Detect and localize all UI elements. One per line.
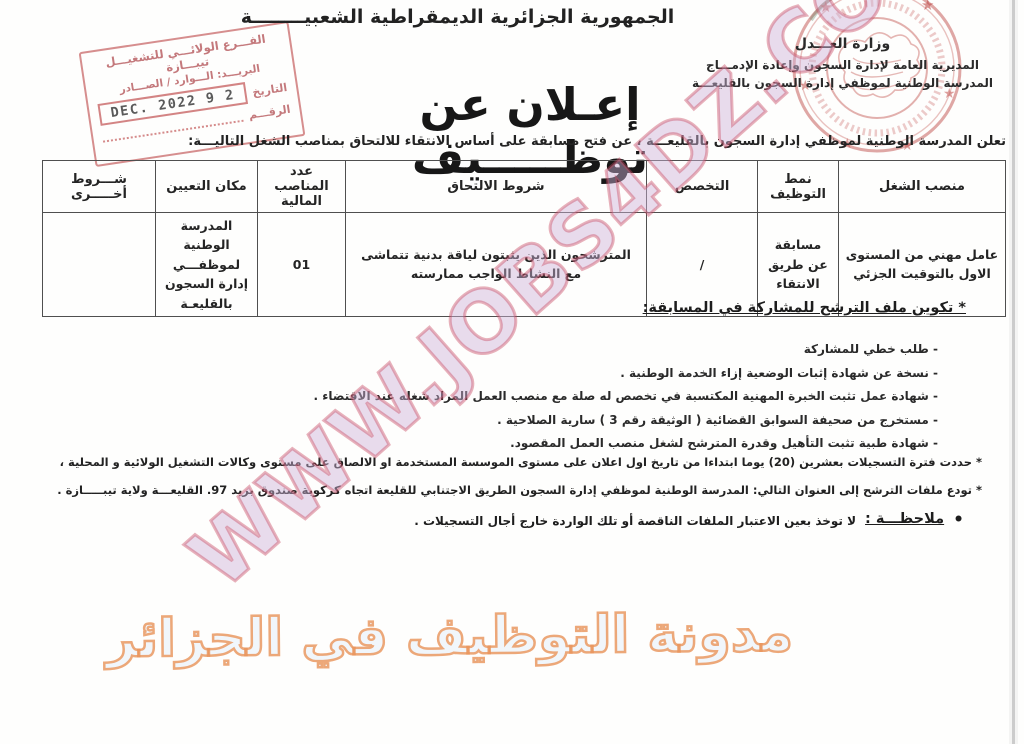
registration-period-note: * حددت فترة التسجيلات بعشرين (20) يوما ا…: [20, 455, 982, 469]
note-label: ملاحظـــة :: [865, 511, 944, 527]
file-section-heading: * تكوين ملف الترشح للمشاركة في المسابقة:: [643, 300, 966, 316]
bullet-icon: •: [953, 511, 964, 529]
header-other-conditions: شـــروط أخـــــرى: [43, 161, 156, 213]
svg-text:★: ★: [921, 0, 934, 14]
header-admission-conditions: شروط الالتحاق: [346, 161, 647, 213]
header-recruitment-mode: نمط التوظيف: [758, 161, 839, 213]
list-item: - شهادة طبية تثبت التأهيل وقدرة المترشح …: [30, 432, 938, 456]
header-job-position: منصب الشغل: [839, 161, 1006, 213]
intro-text: تعلن المدرسة الوطنية لموظفي إدارة السجون…: [20, 134, 1006, 149]
republic-title: الجمهورية الجزائرية الديمقراطية الشعبيــ…: [205, 6, 710, 28]
deposit-address-note: * تودع ملفات الترشح إلى العنوان التالي: …: [20, 483, 982, 497]
stamp-number-label: الرقـــم: [248, 103, 291, 122]
list-item: - مستخرج من صحيفة السوابق القضائية ( الو…: [30, 409, 938, 433]
list-item: - نسخة عن شهادة إثبات الوضعية إزاء الخدم…: [30, 362, 938, 386]
stamp-date-label: التاريخ: [251, 80, 287, 98]
final-note: • ملاحظـــة : لا توخذ بعين الاعتبار المل…: [414, 511, 964, 529]
file-items-list: - طلب خطي للمشاركة - نسخة عن شهادة إثبات…: [30, 338, 938, 456]
cell-admission-conditions: المترشحون الذين يثبتون لياقة بدنية تتماش…: [346, 213, 647, 317]
list-item: - طلب خطي للمشاركة: [30, 338, 938, 362]
directorate-name: المديرية العامة لإدارة السجون وإعادة الإ…: [675, 56, 1010, 75]
header-number-of-positions: عدد المناصب المالية: [258, 161, 346, 213]
ministry-name: وزارة العـــدل: [675, 34, 1010, 56]
cell-other-conditions: [43, 213, 156, 317]
table-header-row: منصب الشغل نمط التوظيف التخصص شروط الالت…: [43, 161, 1006, 213]
scanned-job-announcement-document: الجمهورية الجزائرية الديمقراطية الشعبيــ…: [0, 0, 1024, 744]
school-name: المدرسة الوطنية لموظفي إدارة السجون بالق…: [675, 74, 1010, 93]
header-appointment-place: مكان التعيين: [156, 161, 258, 213]
list-item: - شهادة عمل تثبت الخبرة المهنية المكتسبة…: [30, 385, 938, 409]
svg-text:★: ★: [819, 0, 832, 16]
bottom-watermark: مدونة التوظيف في الجزائر: [223, 604, 794, 669]
header-specialty: التخصص: [647, 161, 758, 213]
jobs-table: منصب الشغل نمط التوظيف التخصص شروط الالت…: [42, 160, 1005, 317]
cell-number-of-positions: 01: [258, 213, 346, 317]
note-text: لا توخذ بعين الاعتبار الملفات الناقصة أو…: [414, 511, 856, 528]
cell-appointment-place: المدرسة الوطنية لموظفـــي إدارة السجون ب…: [156, 213, 258, 317]
ministry-header: وزارة العـــدل المديرية العامة لإدارة ال…: [675, 34, 1010, 93]
page-edge-line: [1012, 0, 1015, 744]
